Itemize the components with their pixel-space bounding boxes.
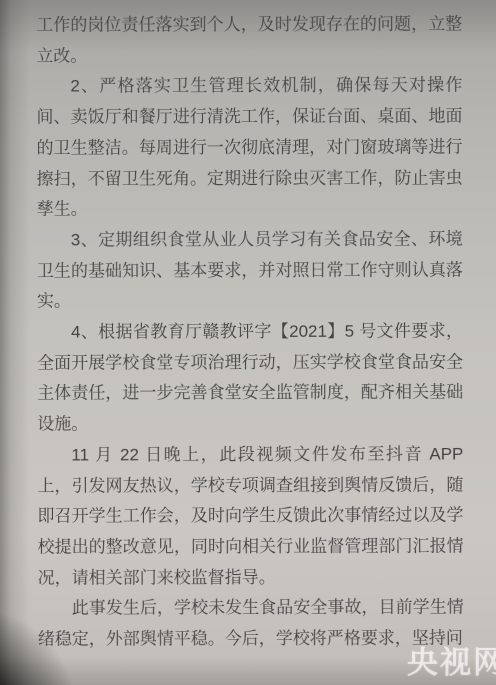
document-paragraph: 2、严格落实卫生管理长效机制，确保每天对操作间、卖饭厅和餐厅进行清洗工作，保证台… [36,71,462,226]
document-text-block: 工作的岗位责任落实到个人，及时发现存在的问题，立整立改。 2、严格落实卫生管理长… [0,0,496,655]
document-paragraph: 3、定期组织食堂从业人员学习有关食品安全、环境卫生的基础知识、基本要求，并对照日… [37,224,463,317]
document-paragraph: 工作的岗位责任落实到个人，及时发现存在的问题，立整立改。 [36,9,462,72]
document-paragraph: 11 月 22 日晚上，此段视频文件发布至抖音 APP 上，引发网友热议，学校专… [37,439,463,594]
document-photo: 工作的岗位责任落实到个人，及时发现存在的问题，立整立改。 2、严格落实卫生管理长… [0,0,496,685]
document-paragraph: 4、根据省教育厅赣教评字【2021】5 号文件要求，全面开展学校食堂专项治理行动… [37,316,463,440]
document-paragraph: 此事发生后，学校未发生食品安全事故，目前学生情绪稳定，外部舆情平稳。今后，学校将… [38,593,464,656]
